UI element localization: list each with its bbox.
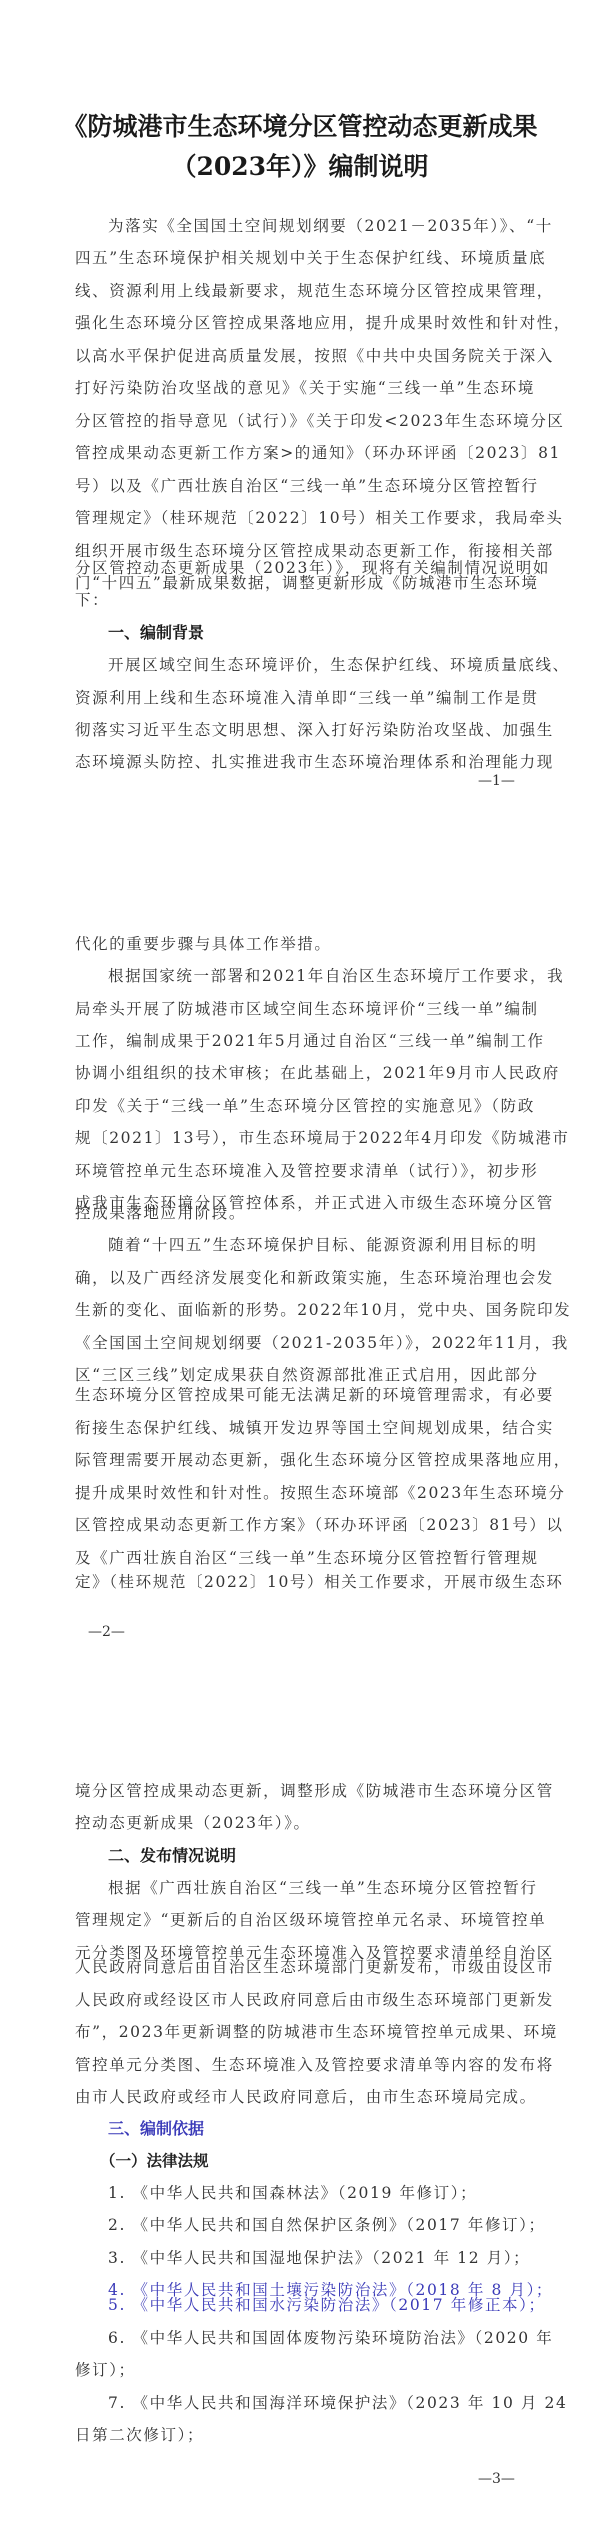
paragraph-line: 管理规定》“更新后的自治区级环境管控单元名录、环境管控单 <box>75 1910 535 1930</box>
page-number: —3— <box>478 2470 515 2488</box>
paragraph-line: 资源利用上线和生态环境准入清单即“三线一单”编制工作是贯 <box>75 688 535 708</box>
paragraph-line: 规〔2021〕13号），市生态环境局于2022年4月印发《防城港市 <box>75 1128 535 1148</box>
paragraph-line: 境分区管控成果动态更新，调整形成《防城港市生态环境分区管 <box>75 1781 535 1801</box>
paragraph-line: 印发《关于“三线一单”生态环境分区管控的实施意见》（防政 <box>75 1096 535 1116</box>
law-title: 《中华人民共和国自然保护区条例》（2017 年修订）； <box>133 2216 546 2234</box>
paragraph-line: 根据《广西壮族自治区“三线一单”生态环境分区管控暂行 <box>108 1878 535 1898</box>
page-1: 《防城港市生态环境分区管控动态更新成果 （2023年）》编制说明 为落实《全国国… <box>0 0 600 860</box>
paragraph-line: 际管理需要开展动态更新，强化生态环境分区管控成果落地应用， <box>75 1450 535 1470</box>
paragraph-line: 生态环境分区管控成果可能无法满足新的环境管理需求，有必要 <box>75 1385 535 1405</box>
paragraph-line: 生新的变化、面临新的形势。2022年10月，党中央、国务院印发 <box>75 1300 535 1320</box>
document-title-line-2: （2023年）》编制说明 <box>0 148 600 186</box>
paragraph-line: 控动态更新成果（2023年）》。 <box>75 1813 535 1833</box>
paragraph-line: 以高水平保护促进高质量发展，按照《中共中央国务院关于深入 <box>75 346 535 366</box>
paragraph-line: 分区管控动态更新成果（2023年）》，现将有关编制情况说明如 <box>75 558 535 578</box>
paragraph-line: 环境管控单元生态环境准入及管控要求清单（试行）》，初步形 <box>75 1161 535 1181</box>
paragraph-line: 区管控成果动态更新工作方案》（环办环评函〔2023〕81号）以 <box>75 1515 535 1535</box>
paragraph-line: 《全国国土空间规划纲要（2021-2035年）》，2022年11月，我 <box>75 1333 535 1353</box>
paragraph-line: 区“三区三线”划定成果获自然资源部批准正式启用，因此部分 <box>75 1365 535 1385</box>
paragraph-line: 衔接生态保护红线、城镇开发边界等国土空间规划成果，结合实 <box>75 1418 535 1438</box>
law-title: 《中华人民共和国湿地保护法》（2021 年 12 月）； <box>133 2249 531 2267</box>
paragraph-line: 彻落实习近平生态文明思想、深入打好污染防治攻坚战、加强生 <box>75 720 535 740</box>
paragraph-line: 提升成果时效性和针对性。按照生态环境部《2023年生态环境分 <box>75 1483 535 1503</box>
law-number: 6. <box>108 2329 126 2347</box>
law-item-7: 7. 《中华人民共和国海洋环境保护法》（2023 年 10 月 24 <box>108 2393 535 2413</box>
paragraph-line: 人民政府或经设区市人民政府同意后由市级生态环境部门更新发 <box>75 1990 535 2010</box>
law-item-7-continuation: 日第二次修订）； <box>75 2425 535 2445</box>
law-title: 《中华人民共和国固体废物污染环境防治法》（2020 年 <box>133 2329 554 2347</box>
paragraph-line: 代化的重要步骤与具体工作举措。 <box>75 934 535 954</box>
paragraph-line: 由市人民政府或经市人民政府同意后，由市生态环境局完成。 <box>75 2087 535 2107</box>
law-title: 《中华人民共和国海洋环境保护法》（2023 年 10 月 24 <box>133 2394 568 2412</box>
paragraph-line: 人民政府同意后由自治区生态环境部门更新发布，市级由设区市 <box>75 1957 535 1977</box>
section-heading-background: 一、编制背景 <box>108 622 204 644</box>
law-item-6: 6. 《中华人民共和国固体废物污染环境防治法》（2020 年 <box>108 2328 535 2348</box>
paragraph-line: 局牵头开展了防城港市区域空间生态环境评价“三线一单”编制 <box>75 999 535 1019</box>
law-number: 2. <box>108 2216 126 2234</box>
paragraph-line: 强化生态环境分区管控成果落地应用，提升成果时效性和针对性， <box>75 313 535 333</box>
paragraph-line: 管控成果动态更新工作方案>的通知》（环办环评函〔2023〕81 <box>75 443 535 463</box>
law-number: 1. <box>108 2184 126 2202</box>
page-number: —2— <box>88 1623 125 1641</box>
paragraph-line: 定》（桂环规范〔2022〕10号）相关工作要求，开展市级生态环 <box>75 1572 535 1592</box>
paragraph-line: 根据国家统一部署和2021年自治区生态环境厅工作要求，我 <box>108 966 535 986</box>
section-heading-basis: 三、编制依据 <box>108 2118 204 2140</box>
paragraph-line: 及《广西壮族自治区“三线一单”生态环境分区管控暂行管理规 <box>75 1548 535 1568</box>
paragraph-line: 打好污染防治攻坚战的意见》《关于实施“三线一单”生态环境 <box>75 378 535 398</box>
paragraph-line: 管理规定》（桂环规范〔2022〕10号）相关工作要求，我局牵头 <box>75 508 535 528</box>
paragraph-line: 确，以及广西经济发展变化和新政策实施，生态环境治理也会发 <box>75 1268 535 1288</box>
law-title: 《中华人民共和国森林法》（2019 年修订）； <box>133 2184 478 2202</box>
law-number: 7. <box>108 2394 126 2412</box>
law-item-1: 1. 《中华人民共和国森林法》（2019 年修订）； <box>108 2183 535 2203</box>
paragraph-line: 布”，2023年更新调整的防城港市生态环境管控单元成果、环境 <box>75 2022 535 2042</box>
law-item-3: 3. 《中华人民共和国湿地保护法》（2021 年 12 月）； <box>108 2248 535 2268</box>
paragraph-line: 随着“十四五”生态环境保护目标、能源资源利用目标的明 <box>108 1235 535 1255</box>
paragraph-line: 分区管控的指导意见（试行）》《关于印发<2023年生态环境分区 <box>75 411 535 431</box>
paragraph-line: 下： <box>75 590 535 610</box>
paragraph-line: 管控单元分类图、生态环境准入及管控要求清单等内容的发布将 <box>75 2055 535 2075</box>
paragraph-line: 态环境源头防控、扎实推进我市生态环境治理体系和治理能力现 <box>75 752 535 772</box>
law-title: 《中华人民共和国水污染防治法》（2017 年修正本）； <box>133 2296 546 2314</box>
paragraph-line: 线、资源利用上线最新要求，规范生态环境分区管控成果管理， <box>75 281 535 301</box>
paragraph-line: 工作，编制成果于2021年5月通过自治区“三线一单”编制工作 <box>75 1031 535 1051</box>
paragraph-line: 号）以及《广西壮族自治区“三线一单”生态环境分区管控暂行 <box>75 476 535 496</box>
law-number: 5. <box>108 2296 126 2314</box>
paragraph-line: 为落实《全国国土空间规划纲要（2021－2035年）》、“十 <box>108 216 535 236</box>
law-item-5: 5. 《中华人民共和国水污染防治法》（2017 年修正本）； <box>108 2295 535 2315</box>
paragraph-line: 四五”生态环境保护相关规划中关于生态保护红线、环境质量底 <box>75 248 535 268</box>
page-number: —1— <box>478 772 515 790</box>
law-item-6-continuation: 修订）； <box>75 2360 535 2380</box>
paragraph-line: 控成果落地应用阶段。 <box>75 1203 535 1223</box>
law-item-2: 2. 《中华人民共和国自然保护区条例》（2017 年修订）； <box>108 2215 535 2235</box>
section-heading-publication: 二、发布情况说明 <box>108 1845 236 1867</box>
paragraph-line: 开展区域空间生态环境评价，生态保护红线、环境质量底线、 <box>108 655 535 675</box>
law-number: 3. <box>108 2249 126 2267</box>
subsection-heading-laws: （一）法律法规 <box>100 2150 209 2172</box>
document-title-line-1: 《防城港市生态环境分区管控动态更新成果 <box>0 108 600 146</box>
paragraph-line: 协调小组组织的技术审核；在此基础上，2021年9月市人民政府 <box>75 1063 535 1083</box>
